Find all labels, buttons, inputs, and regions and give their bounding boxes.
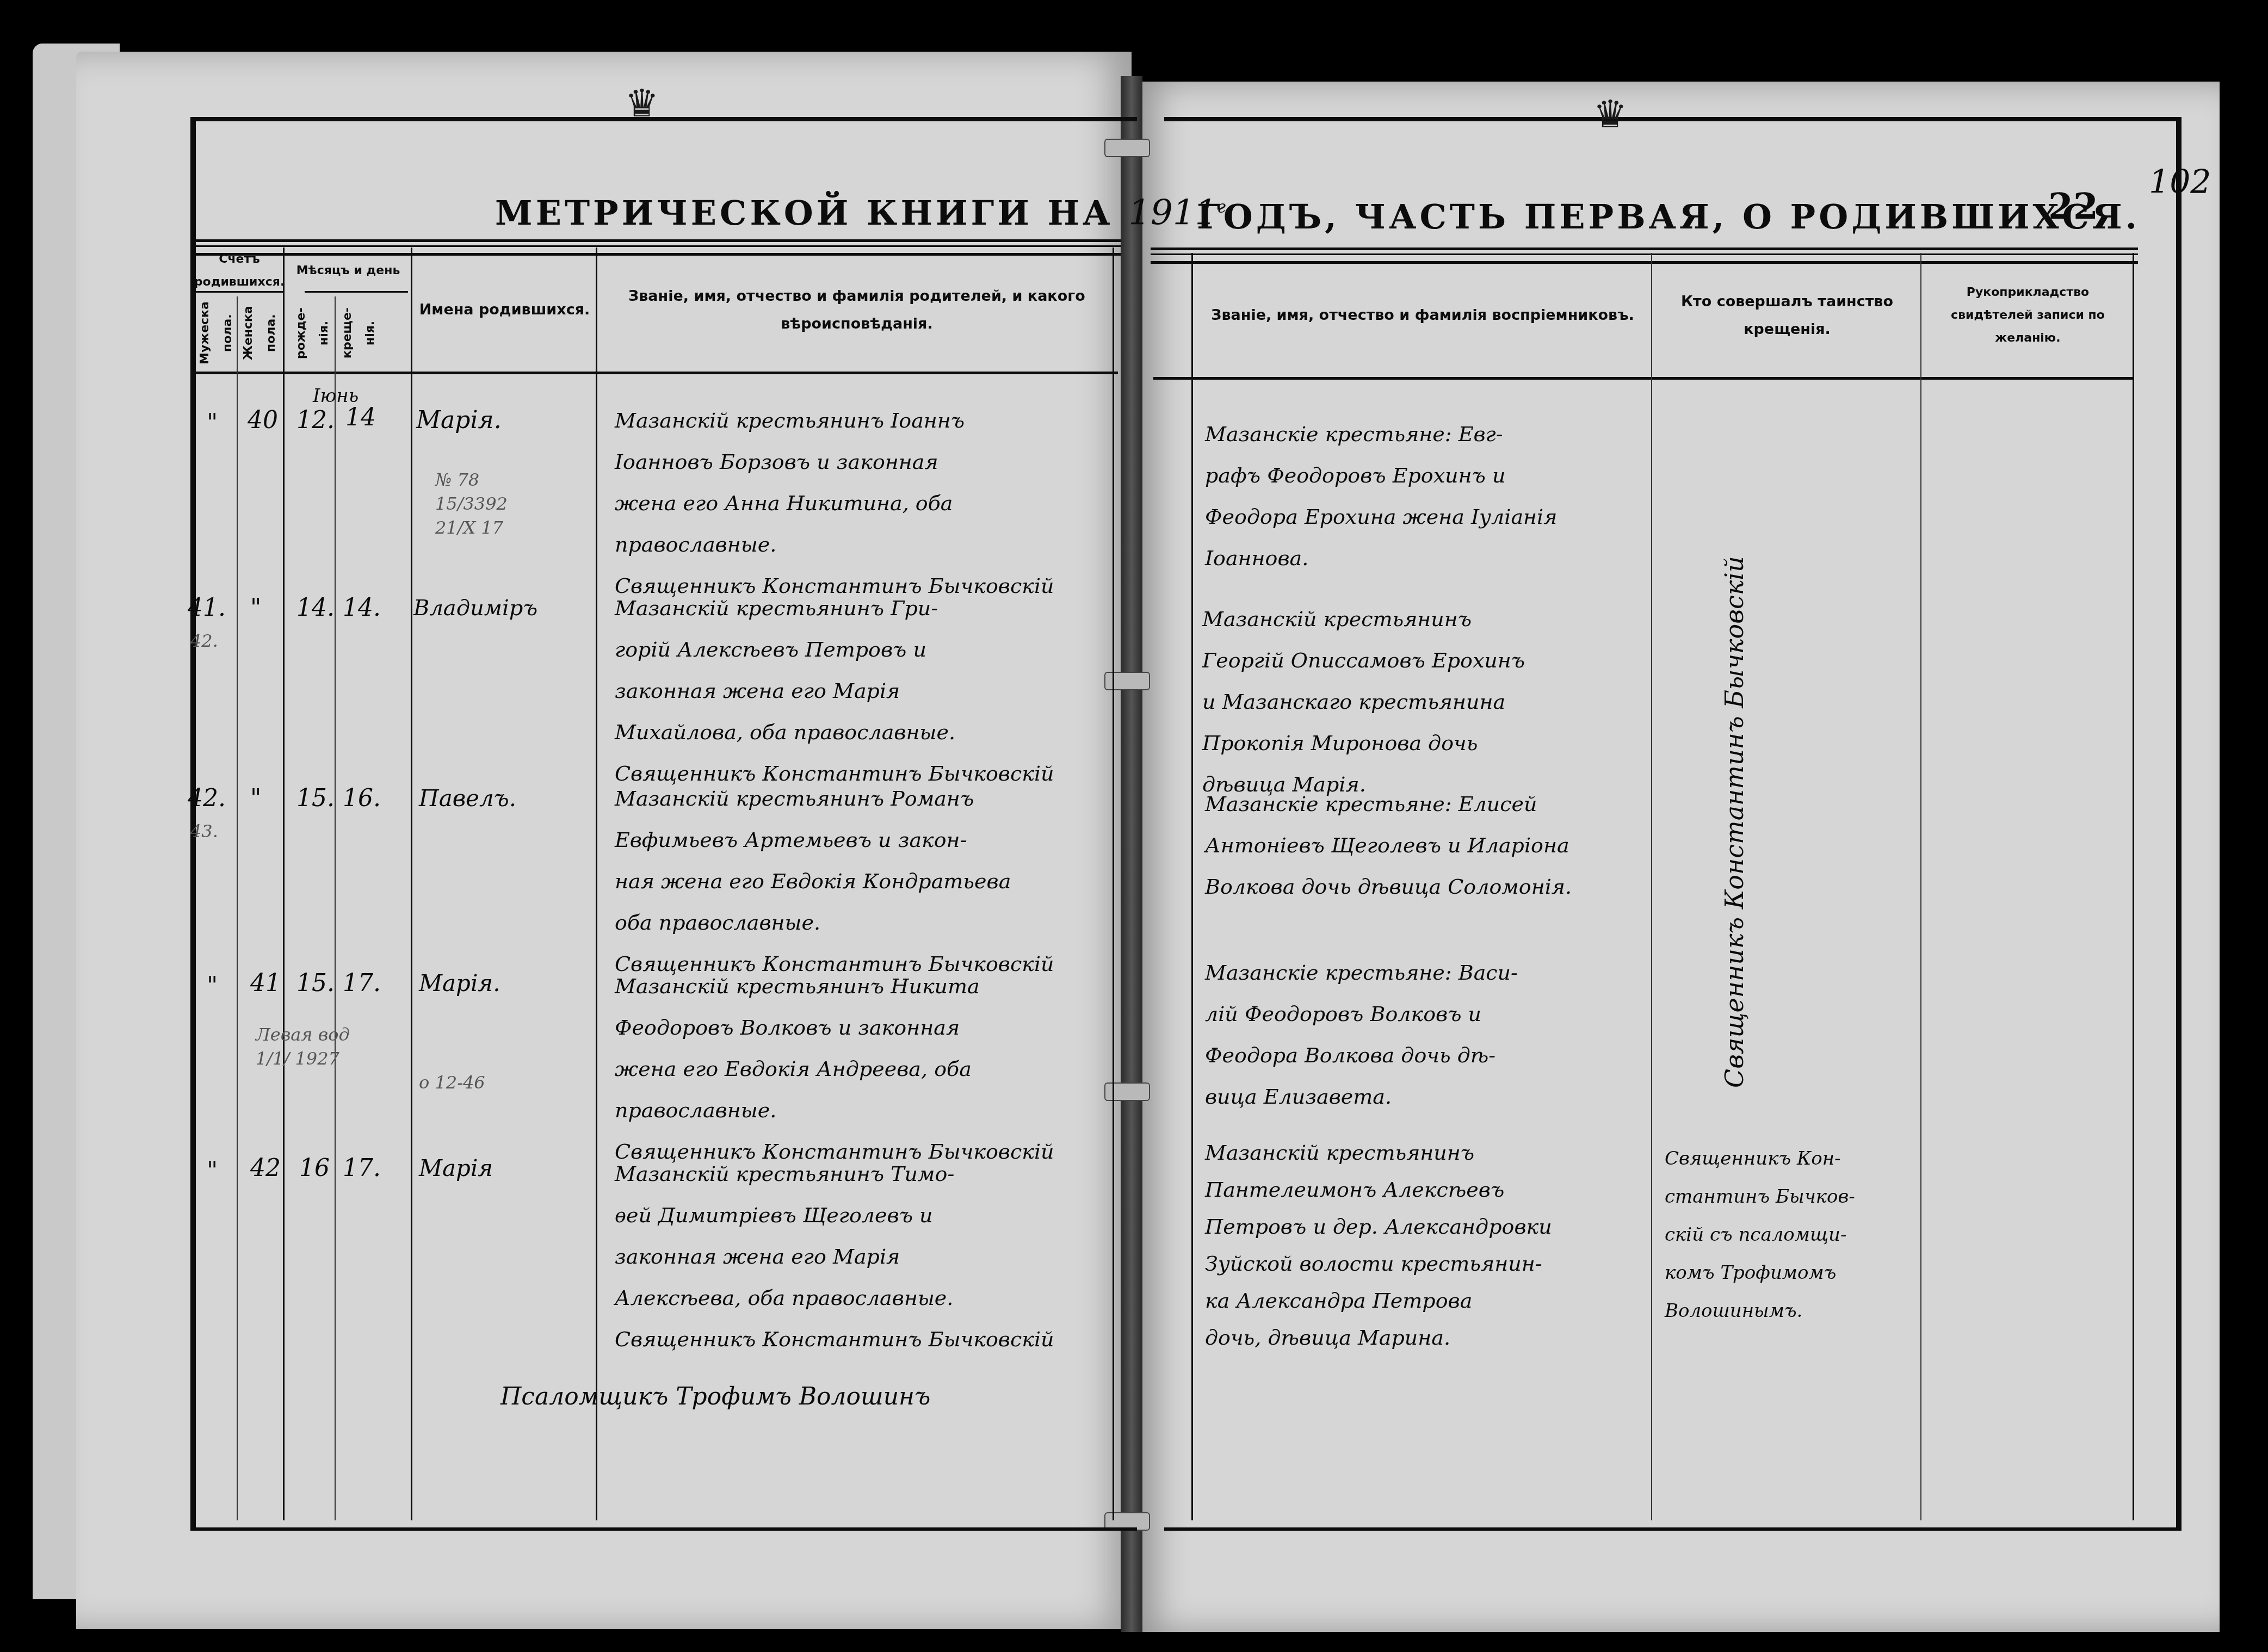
- entry-3-male-correction: 43.: [190, 810, 218, 852]
- column-divider: [1113, 248, 1114, 1520]
- entry-4-baptism: 17.: [343, 963, 381, 1004]
- header-count: Счётъ родившихся.: [196, 250, 283, 291]
- entry-5-male: ": [207, 1150, 218, 1192]
- entry-2-birth: 14.: [296, 587, 335, 629]
- entry-1-godparents: Мазанскіе крестьяне: Евг- рафъ Феодоровъ…: [1205, 413, 1557, 579]
- entry-2-baptism: 14.: [343, 587, 381, 629]
- column-divider: [2133, 253, 2134, 1520]
- entry-2-parents: Мазанскій крестьянинъ Гри- горій Алексѣе…: [615, 587, 1054, 794]
- entry-4-margin-note: Левая вод 1/1/ 1927 о 12-46: [256, 1023, 485, 1094]
- header-count-male: Мужеска пола.: [199, 296, 234, 370]
- column-divider: [335, 296, 336, 1520]
- column-divider: [411, 248, 412, 1520]
- officiant-vertical-signature: Священникъ Константинъ Бычковскій: [1714, 556, 1755, 1088]
- entry-2-godparents: Мазанскій крестьянинъ Георгій Описсамовъ…: [1202, 598, 1525, 805]
- header-godparents: Званіе, имя, отчество и фамилія воспріем…: [1208, 258, 1637, 373]
- closing-signature: Псаломщикъ Трофимъ Волошинъ: [500, 1376, 930, 1418]
- column-divider: [596, 248, 597, 1520]
- header-officiant: Кто совершалъ таинство крещенія.: [1657, 258, 1918, 373]
- entry-1-parents: Мазанскій крестьянинъ Іоаннъ Іоанновъ Бо…: [615, 400, 1054, 607]
- page-title-right: ГОДЪ, ЧАСТЬ ПЕРВАЯ, О РОДИВШИХСЯ.: [1197, 197, 2140, 237]
- entry-1-margin-note: № 78 15/3392 21/X 17: [435, 468, 508, 540]
- header-parents: Званіе, имя, отчество и фамилія родителе…: [604, 250, 1110, 370]
- entry-5-parents: Мазанскій крестьянинъ Тимо- ѳей Димитріе…: [615, 1153, 1054, 1360]
- entry-3-godparents: Мазанскіе крестьяне: Елисей Антоніевъ Ще…: [1205, 783, 1572, 907]
- header-count-female: Женска пола.: [242, 296, 277, 370]
- entry-3-baptism: 16.: [343, 778, 381, 819]
- column-divider: [1191, 253, 1193, 1520]
- entry-4-parents: Мазанскій крестьянинъ Никита Феодоровъ В…: [615, 966, 1054, 1172]
- eagle-emblem-icon: ♛: [582, 71, 702, 136]
- entry-3-birth: 15.: [296, 778, 335, 819]
- entry-1-birth: 12.: [296, 400, 335, 441]
- column-divider: [1651, 253, 1652, 1520]
- page-title-left: МЕТРИЧЕСКОЙ КНИГИ НА 1911г: [495, 193, 1226, 233]
- entry-4-male: ": [207, 966, 218, 1007]
- page-number: 22: [2048, 185, 2098, 227]
- header-bottom-rule: [1153, 377, 2133, 380]
- column-divider: [1920, 253, 1921, 1520]
- entry-2-male-correction: 42.: [190, 620, 218, 661]
- entry-4-name: Марія.: [419, 963, 500, 1004]
- eagle-emblem-icon: ♛: [1550, 82, 1670, 147]
- entry-5-name: Марія: [419, 1148, 493, 1189]
- header-date: Мѣсяцъ и день: [286, 250, 411, 291]
- entry-4-godparents: Мазанскіе крестьяне: Васи- лій Феодоровъ…: [1205, 952, 1518, 1117]
- entry-3-name: Павелъ.: [419, 778, 516, 819]
- header-date-birth: рожде- нія.: [296, 296, 329, 370]
- entry-3-female: ": [250, 778, 261, 819]
- header-names: Имена родившихся.: [413, 250, 596, 370]
- entry-2-female: ": [250, 587, 261, 629]
- entry-5-godparents: Мазанскій крестьянинъ Пантелеимонъ Алекс…: [1205, 1134, 1552, 1356]
- entry-4-female: 41: [250, 963, 281, 1004]
- entry-3-parents: Мазанскій крестьянинъ Романъ Евфимьевъ А…: [615, 778, 1054, 985]
- column-divider: [283, 248, 285, 1520]
- header-bottom-rule: [193, 372, 1118, 374]
- priest-signature: Священникъ Константинъ Бычковскій: [615, 1319, 1054, 1360]
- archive-folio-number: 102: [2149, 163, 2211, 201]
- entry-1-name: Марія.: [416, 400, 502, 441]
- entry-5-birth: 16: [299, 1148, 330, 1189]
- entry-5-officiant: Священникъ Кон- стантинъ Бычков- скій съ…: [1665, 1140, 1855, 1330]
- column-divider: [237, 296, 238, 1520]
- header-date-baptism: креще- нія.: [343, 296, 375, 370]
- subheader-rule: [305, 291, 408, 293]
- entry-5-female: 42: [250, 1148, 281, 1189]
- entry-5-baptism: 17.: [343, 1148, 381, 1189]
- entry-4-birth: 15.: [296, 963, 335, 1004]
- entry-1-baptism: 14: [345, 397, 376, 438]
- entry-1-male: ": [207, 403, 218, 444]
- header-witnesses: Рукоприкладство свидѣтелей записи по жел…: [1926, 258, 2130, 373]
- entry-1-female: 40: [248, 400, 278, 441]
- entry-2-name: Владиміръ: [413, 587, 537, 629]
